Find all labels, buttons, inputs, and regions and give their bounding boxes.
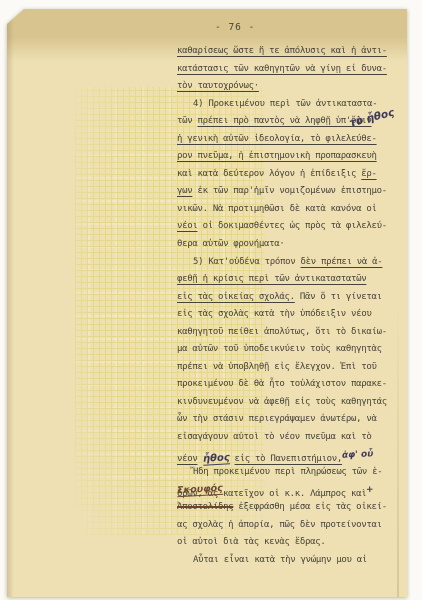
typewritten-line: πρέπει νὰ ὑποβληθῇ εἰς ἔλεγχον. Ἐπὶ τοῦ <box>177 359 409 377</box>
typed-segment: εἰς τὰς οἰκείας σχολάς. <box>177 292 295 302</box>
typewritten-line: θερα αὐτῶν φρονήματα· <box>177 236 409 254</box>
typed-segment: οἱ δοκιμασθέντες ὡς πρὸς τὰ φιλελεύ- <box>197 221 386 231</box>
typed-segment: μα αὐτῶν τοῦ ὑποδεικνύειν τοὺς καθηγητὰς <box>177 344 382 354</box>
typed-segment: 4) Προκειμένου περὶ τῶν ἀντικαταστα- <box>193 99 377 109</box>
typewritten-line: εἰς τὰς σχολὰς κατὰ τὴν ὑπόδειξιν νέου <box>177 306 409 324</box>
typewritten-line: Αὗται εἶναι κατὰ τὴν γνώμην μου αἱ <box>177 552 409 570</box>
handwritten-segment: + <box>366 481 374 499</box>
page-number: - 76 - <box>215 22 255 33</box>
typed-segment: νικῶν. Νὰ προτιμηθῶσι δὲ κατὰ κανόνα οἱ <box>177 204 377 214</box>
typed-segment: ἡ γενικὴ αὐτῶν ἰδεολογία, τὸ φιλελεύθε- <box>177 134 377 144</box>
typewritten-line: φεθῇ ἡ κρίσις περὶ τῶν ἀντικαταστατῶν <box>177 271 409 289</box>
typed-segment: νέοι <box>177 221 197 231</box>
typed-segment: πρέπει πρὸ παντὸς νὰ ληφθῇ ὑπ'ὄψιν <box>197 116 371 126</box>
typed-segment: ας σχολὰς ἡ ἀπορία, πῶς δὲν προτείνονται <box>177 520 382 530</box>
typewritten-line: νέοι οἱ δοκιμασθέντες ὡς πρὸς τὰ φιλελεύ… <box>177 218 409 236</box>
typewritten-line: ὧν τὴν στάσιν περιεγράψαμεν ἀνωτέρω, νὰ <box>177 411 409 429</box>
typed-segment: φεθῇ ἡ κρίσις περὶ τῶν ἀντικαταστατῶν <box>177 274 366 284</box>
typed-segment: θερα αὐτῶν φρονήματα· <box>177 239 285 249</box>
typed-segment: κατάστασις τῶν καθηγητῶν νὰ γίνῃ εἰ δυνα… <box>177 64 387 74</box>
typed-segment: ἐκ τῶν παρ'ἡμῖν νομιζομένων ἐπιστημο- <box>192 186 387 196</box>
typed-segment: γων <box>177 186 192 196</box>
typed-segment: εἰς τὰς σχολὰς κατὰ τὴν ὑπόδειξιν νέου <box>177 309 372 319</box>
typed-segment: τῶν <box>177 116 197 126</box>
typed-segment: προκειμένου δὲ θὰ ἦτο τοὐλάχιστον παρακε… <box>177 379 387 389</box>
typewritten-line: νικῶν. Νὰ προτιμηθῶσι δὲ κατὰ κανόνα οἱ <box>177 201 409 219</box>
typewritten-line: καθαρίσεως ὥστε ἥ τε ἀπόλυσις καὶ ἡ ἀντι… <box>177 43 409 61</box>
typed-segment: Ἤδη προκειμένου περὶ πληρώσεως τῶν ἑ- <box>193 467 382 477</box>
typed-segment: οἱ αὐτοὶ διὰ τὰς κενὰς ἕδρας. <box>177 537 325 547</box>
typewritten-line: ρον πνεῦμα, ἡ ἐπιστημονικὴ προπαρασκευὴ <box>177 148 409 166</box>
typed-segment: δὲν πρέπει νὰ ἀ- <box>301 257 383 267</box>
typed-segment: καθηγητοῦ πείθει ἀπολύτως, ὅτι τὸ δικαίω… <box>177 327 387 337</box>
typewritten-line: Ἀποστολίδης ἐξεφράσθη μέσα εἰς τὰς οἰκεί… <box>177 499 409 517</box>
typed-segment: καθαρίσεως ὥστε ἥ τε ἀπόλυσις καὶ ἡ ἀντι… <box>177 46 387 56</box>
typed-segment: Ἀποστολίδης <box>177 502 233 512</box>
typed-segment: Πᾶν ὅ τι γίνεται <box>295 292 382 302</box>
typewritten-line: νέον ἦθος εἰς τὸ Πανεπιστήμιον, ἀφ' οὗ <box>177 447 409 465</box>
typed-segment: ἐξεφράσθη μέσα εἰς τὰς οἰκεί- <box>233 502 387 512</box>
typewritten-line: γων ἐκ τῶν παρ'ἡμῖν νομιζομένων ἐπιστημο… <box>177 183 409 201</box>
typewritten-line: καὶ κατὰ δεύτερον λόγον ἡ ἐπίδειξις ἔρ- <box>177 166 409 184</box>
typed-segment: ρον πνεῦμα, ἡ ἐπιστημονικὴ προπαρασκευὴ <box>177 151 377 161</box>
paper-page: - 76 - καθαρίσεως ὥστε ἥ τε ἀπόλυσις καὶ… <box>7 9 407 597</box>
typed-segment: κινδυνευμένον νὰ ἀφεθῇ εἰς τοὺς καθηγητά… <box>177 397 387 407</box>
typewritten-line: κινδυνευμένον νὰ ἀφεθῇ εἰς τοὺς καθηγητά… <box>177 394 409 412</box>
typed-segment: τὸν ταυτοχρόνως· <box>177 81 259 91</box>
handwritten-name-correction: Σκουφός <box>177 483 223 497</box>
typed-segment: καὶ κατὰ δεύτερον λόγον ἡ ἐπίδειξις <box>177 169 361 179</box>
typewritten-line: εἰσαγάγουν αὐτοὶ τὸ νέον πνεῦμα καὶ τὸ <box>177 429 409 447</box>
typewritten-line: κατάστασις τῶν καθηγητῶν νὰ γίνῃ εἰ δυνα… <box>177 61 409 79</box>
typed-segment: Αὗται εἶναι κατὰ τὴν γνώμην μου αἱ <box>193 555 367 565</box>
typed-segment: εἰσαγάγουν αὐτοὶ τὸ νέον πνεῦμα καὶ τὸ <box>177 432 372 442</box>
typed-segment: πρέπει νὰ ὑποβληθῇ εἰς ἔλεγχον. Ἐπὶ τοῦ <box>177 362 377 372</box>
typewritten-line: τὸν ταυτοχρόνως· <box>177 78 409 96</box>
typewritten-line: ἡ γενικὴ αὐτῶν ἰδεολογία, τὸ φιλελεύθε- <box>177 131 409 149</box>
typewritten-line: 5) Κατ'οὐδένα τρόπον δὲν πρέπει νὰ ἀ- <box>177 254 409 272</box>
handwritten-segment: ἀφ' οὗ <box>342 446 374 465</box>
typewritten-line: προκειμένου δὲ θὰ ἦτο τοὐλάχιστον παρακε… <box>177 376 409 394</box>
handwritten-segment: ἦθος <box>202 449 230 468</box>
typewritten-line: μα αὐτῶν τοῦ ὑποδεικνύειν τοὺς καθηγητὰς <box>177 341 409 359</box>
typewritten-line: οἱ αὐτοὶ διὰ τὰς κενὰς ἕδρας. <box>177 534 409 552</box>
typed-segment: 5) Κατ'οὐδένα τρόπον <box>193 257 301 267</box>
typewritten-line: καθηγητοῦ πείθει ἀπολύτως, ὅτι τὸ δικαίω… <box>177 324 409 342</box>
typed-segment: νέον <box>177 454 197 464</box>
typed-segment: ἔρ- <box>361 169 376 179</box>
typewritten-line: εἰς τὰς οἰκείας σχολάς. Πᾶν ὅ τι γίνεται <box>177 289 409 307</box>
typed-segment: εἰς τὸ Πανεπιστήμιον, <box>235 454 343 464</box>
document-scan: - 76 - καθαρίσεως ὥστε ἥ τε ἀπόλυσις καὶ… <box>0 0 422 600</box>
typewritten-line: ας σχολὰς ἡ ἀπορία, πῶς δὲν προτείνονται <box>177 517 409 535</box>
typed-segment: ὧν τὴν στάσιν περιεγράψαμεν ἀνωτέρω, νὰ <box>177 414 377 424</box>
paper-shadow-wrap: - 76 - καθαρίσεως ὥστε ἥ τε ἀπόλυσις καὶ… <box>0 0 422 600</box>
